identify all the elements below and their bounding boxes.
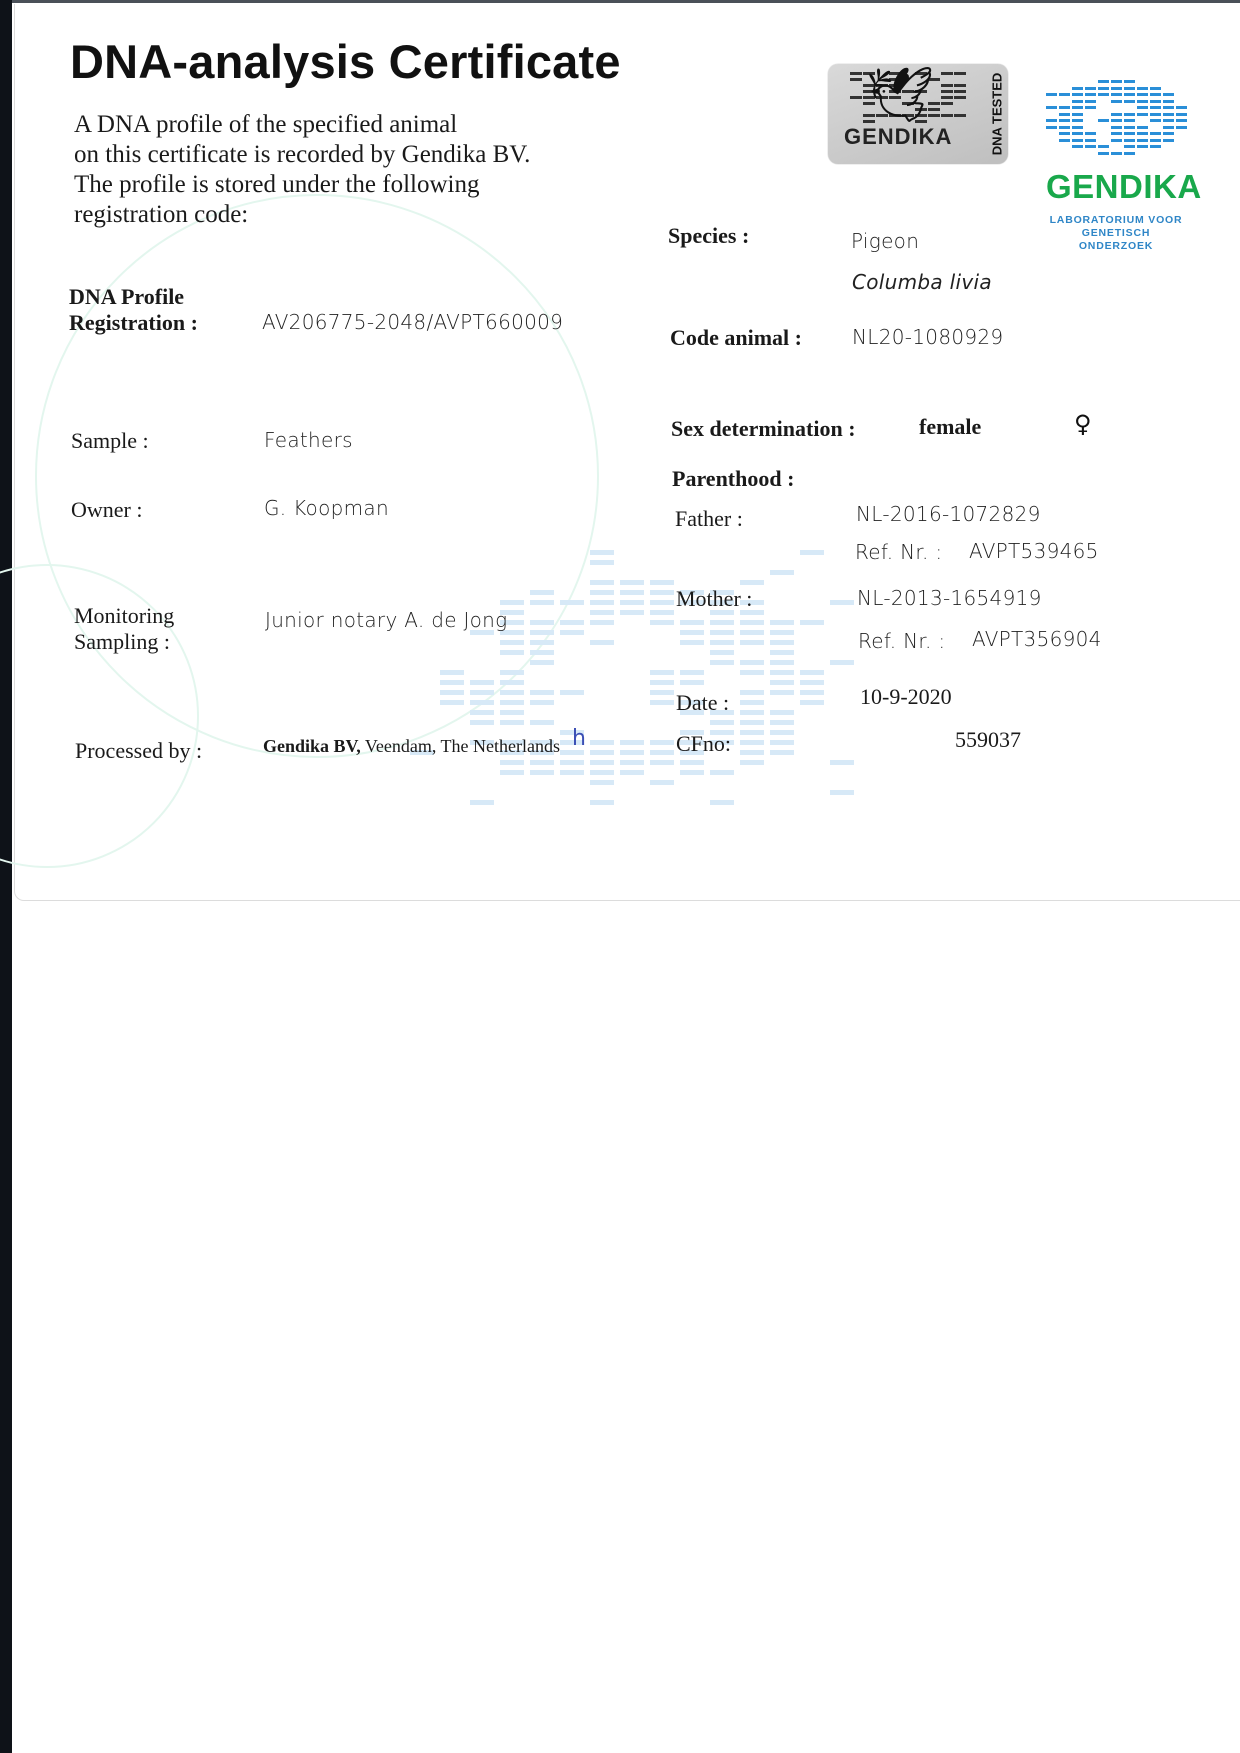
sample-value: Feathers [264,428,353,452]
monitoring-value: Junior notary A. de Jong [265,608,507,632]
dna-tested-sticker: 🕊 GENDIKA DNA TESTED [828,64,1008,164]
sample-label: Sample : [71,428,149,454]
father-value: NL-2016-1072829 [856,502,1041,526]
female-symbol-icon: ♀ [1074,410,1092,438]
parenthood-label: Parenthood : [672,466,794,492]
registration-value: AV206775-2048/AVPT660009 [262,310,563,334]
monitoring-label-line: Sampling : [74,629,174,655]
monitoring-label: Monitoring Sampling : [74,603,174,655]
date-value: 10-9-2020 [860,684,952,710]
sticker-brand: GENDIKA [844,124,952,150]
dna-g-icon [1046,80,1186,158]
code-animal-label: Code animal : [670,325,802,351]
intro-line: on this certificate is recorded by Gendi… [74,140,530,170]
code-animal-value: NL20-1080929 [852,325,1003,349]
owner-value: G. Koopman [264,496,389,520]
intro-line: The profile is stored under the followin… [74,170,530,200]
logo-subtitle-line: GENETISCH ONDERZOEK [1046,227,1186,253]
intro-line: registration code: [74,200,530,230]
scan-top-edge [0,0,1240,3]
monitoring-label-line: Monitoring [74,603,174,629]
species-common: Pigeon [851,229,919,253]
mother-label: Mother : [676,586,752,612]
sex-label: Sex determination : [671,416,856,442]
date-label: Date : [676,690,729,716]
gendika-logo: GENDIKA LABORATORIUM VOOR GENETISCH ONDE… [1046,80,1186,253]
mother-ref-value: AVPT356904 [972,627,1102,651]
sticker-tag: DNA TESTED [990,69,1005,159]
sex-value: female [919,414,981,440]
processed-company: Gendika BV, [263,736,361,756]
scan-left-edge [0,0,12,1753]
cfno-label: CFno: [676,731,731,757]
mother-value: NL-2013-1654919 [857,586,1042,610]
cfno-value: 559037 [955,727,1021,753]
intro-line: A DNA profile of the specified animal [74,110,530,140]
pigeon-silhouette-icon: 🕊 [866,68,935,122]
registration-label-line: DNA Profile [69,284,198,310]
dna-watermark [410,550,870,820]
processed-location: Veendam, The Netherlands [361,736,560,756]
intro-text: A DNA profile of the specified animal on… [74,110,530,230]
father-ref-label: Ref. Nr. : [855,540,942,564]
mother-ref-label: Ref. Nr. : [858,629,945,653]
registration-label: DNA Profile Registration : [69,284,198,336]
processed-value: Gendika BV, Veendam, The Netherlands [263,736,560,757]
logo-subtitle: LABORATORIUM VOOR GENETISCH ONDERZOEK [1046,214,1186,253]
processed-label: Processed by : [75,738,202,764]
handwritten-mark: h [572,726,586,751]
father-ref-value: AVPT539465 [969,539,1099,563]
logo-name: GENDIKA [1046,168,1186,206]
certificate-title: DNA-analysis Certificate [70,34,621,89]
registration-label-line: Registration : [69,310,198,336]
species-label: Species : [668,223,749,249]
logo-subtitle-line: LABORATORIUM VOOR [1046,214,1186,227]
father-label: Father : [675,506,743,532]
owner-label: Owner : [71,497,142,523]
species-latin: Columba livia [852,270,992,294]
